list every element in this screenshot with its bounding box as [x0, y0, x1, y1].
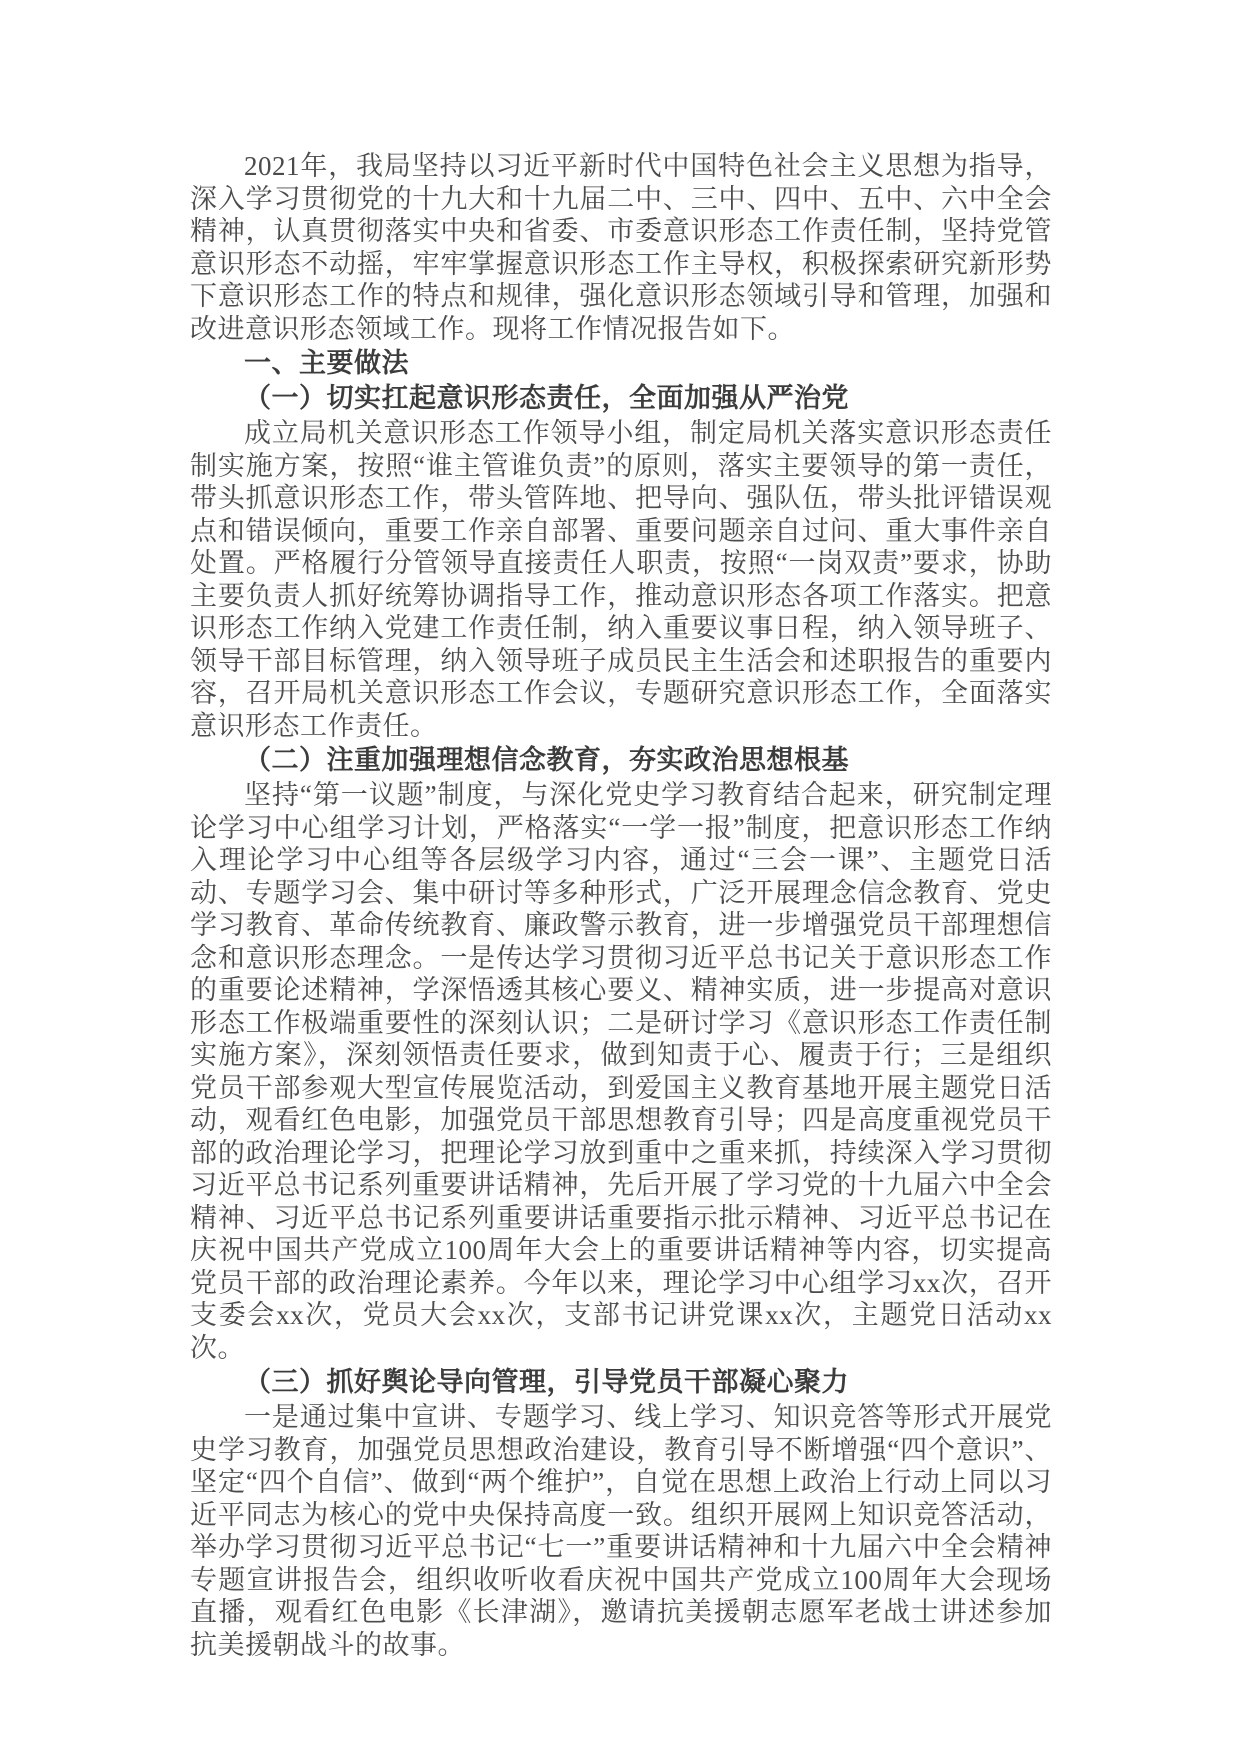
- subsection-heading-2: （二）注重加强理想信念教育，夯实政治思想根基: [190, 744, 1052, 777]
- document-page: 2021年，我局坚持以习近平新时代中国特色社会主义思想为指导，深入学习贯彻党的十…: [0, 0, 1240, 1754]
- subsection-heading-1: （一）切实扛起意识形态责任，全面加强从严治党: [190, 382, 1052, 415]
- subsection-body-1: 成立局机关意识形态工作领导小组，制定局机关落实意识形态责任制实施方案，按照“谁主…: [190, 417, 1052, 742]
- subsection-body-2: 坚持“第一议题”制度，与深化党史学习教育结合起来，研究制定理论学习中心组学习计划…: [190, 779, 1052, 1364]
- subsection-heading-3: （三）抓好舆论导向管理，引导党员干部凝心聚力: [190, 1366, 1052, 1399]
- main-section-heading: 一、主要做法: [190, 347, 1052, 380]
- subsection-body-3: 一是通过集中宣讲、专题学习、线上学习、知识竞答等形式开展党史学习教育，加强党员思…: [190, 1401, 1052, 1661]
- intro-paragraph: 2021年，我局坚持以习近平新时代中国特色社会主义思想为指导，深入学习贯彻党的十…: [190, 150, 1052, 345]
